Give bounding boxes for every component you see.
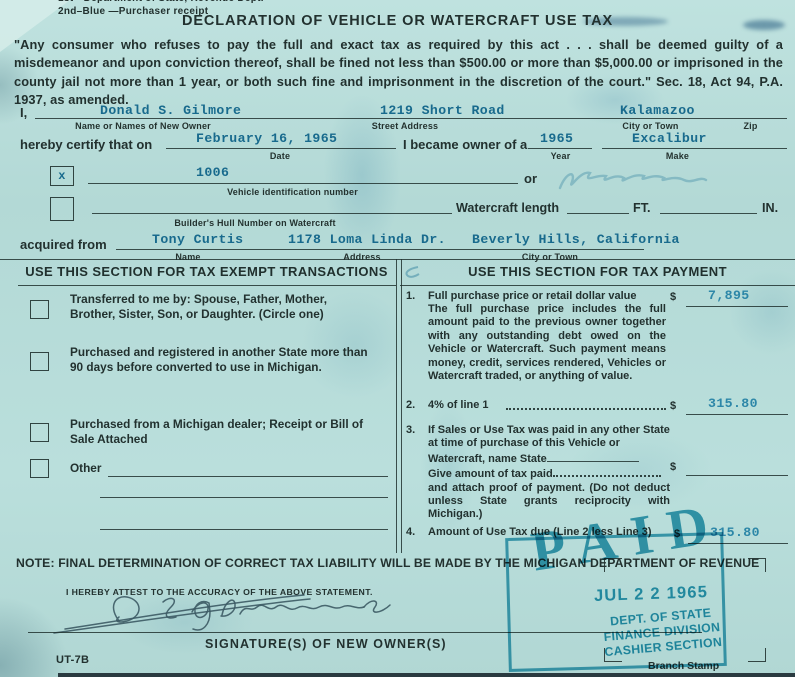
owner-name-label: Name or Names of New Owner [48, 121, 238, 131]
exempt-item-2: Purchased and registered in another Stat… [70, 345, 372, 375]
hull-label: Builder's Hull Number on Watercraft [150, 218, 360, 228]
hull-fill-line[interactable] [92, 196, 452, 214]
vin-fill-line[interactable] [88, 166, 518, 184]
other-extra-line-2[interactable] [100, 514, 388, 530]
payment-line4-num: 4. [406, 526, 415, 539]
payment-line1-currency: $ [670, 291, 676, 304]
owner-name-value[interactable]: Donald S. Gilmore [100, 103, 241, 118]
ft-label: FT. [633, 201, 651, 215]
handwritten-signature [50, 586, 460, 638]
seller-name-value[interactable]: Tony Curtis [152, 232, 243, 247]
date-label: Date [240, 151, 320, 161]
certify-prefix: hereby certify that on [20, 137, 152, 152]
payment-line1-amount[interactable]: 7,895 [708, 288, 750, 303]
exempt-checkbox-3[interactable] [30, 423, 49, 442]
scan-edge-strip [58, 673, 795, 677]
branch-stamp-corner-tr [748, 558, 766, 572]
form-number: UT-7B [56, 654, 89, 666]
exempt-item-3: Purchased from a Michigan dealer; Receip… [70, 417, 372, 447]
name-state-fill-line[interactable] [547, 451, 639, 462]
city-label: City or Town [598, 121, 703, 131]
seller-city-value[interactable]: Beverly Hills, California [472, 232, 680, 247]
length-ft-fill-line[interactable] [567, 196, 629, 214]
payment-section-header: USE THIS SECTION FOR TAX PAYMENT [402, 264, 793, 279]
vin-checkbox[interactable]: x [50, 166, 74, 186]
exempt-checkbox-other[interactable] [30, 459, 49, 478]
exempt-item-1: Transferred to me by: Spouse, Father, Mo… [70, 292, 372, 322]
seller-address-value[interactable]: 1178 Loma Linda Dr. [288, 232, 446, 247]
zip-label: Zip [728, 121, 773, 131]
exempt-header-rule [18, 285, 396, 286]
acquired-prefix: acquired from [20, 237, 107, 252]
make-value[interactable]: Excalibur [632, 131, 707, 146]
city-value[interactable]: Kalamazoo [620, 103, 695, 118]
exempt-checkbox-1[interactable] [30, 300, 49, 319]
payment-line2-amount[interactable]: 315.80 [708, 396, 758, 411]
in-label: IN. [762, 201, 778, 215]
payment-header-rule [400, 285, 795, 286]
payment-line3-amount-line[interactable] [686, 459, 788, 476]
payment-line3-text-b: Give amount of tax paid [428, 468, 553, 480]
payment-line2-num: 2. [406, 399, 415, 412]
handwritten-scrawl [550, 158, 715, 200]
branch-stamp-corner-br [748, 648, 766, 662]
payment-line3-currency: $ [670, 461, 676, 474]
form-title: DECLARATION OF VEHICLE OR WATERCRAFT USE… [0, 13, 795, 29]
payment-line2-leader [506, 399, 666, 410]
payment-line3-leader [553, 466, 661, 477]
vin-value[interactable]: 1006 [196, 165, 229, 180]
watercraft-length-label: Watercraft length [456, 201, 559, 215]
other-extra-line-1[interactable] [100, 482, 388, 498]
other-fill-line[interactable] [108, 461, 388, 477]
payment-line1-detail: The full purchase price includes the ful… [428, 303, 666, 383]
hull-checkbox[interactable] [50, 197, 74, 221]
street-address-value[interactable]: 1219 Short Road [380, 103, 505, 118]
owner-prefix: I, [20, 105, 27, 120]
payment-line3-num: 3. [406, 424, 415, 437]
pencil-check-mark [400, 263, 422, 281]
scanned-use-tax-form: 1st—Department of State, Revenue Dept. 2… [0, 0, 795, 677]
vin-checkbox-mark: x [58, 169, 66, 183]
payment-line1-text: Full purchase price or retail dollar val… [428, 290, 636, 303]
signature-label: SIGNATURE(S) OF NEW OWNER(S) [205, 637, 447, 651]
payment-line2-currency: $ [670, 400, 676, 413]
seller-name-label: Name [148, 252, 228, 262]
copy-line-1: 1st—Department of State, Revenue Dept. [58, 0, 264, 4]
payment-line1-num: 1. [406, 290, 415, 303]
date-value[interactable]: February 16, 1965 [196, 131, 337, 146]
certify-mid: I became owner of a [403, 137, 527, 152]
exempt-item-other: Other [70, 461, 101, 476]
exempt-checkbox-2[interactable] [30, 352, 49, 371]
seller-address-label: Address [322, 252, 402, 262]
column-divider [396, 259, 402, 553]
or-text: or [524, 171, 537, 186]
street-label: Street Address [350, 121, 460, 131]
seller-city-label: City or Town [505, 252, 595, 262]
legal-text: "Any consumer who refuses to pay the ful… [14, 36, 783, 110]
paid-stamp-date: JUL 2 2 1965 [594, 583, 709, 606]
year-value[interactable]: 1965 [540, 131, 573, 146]
payment-line2-text: 4% of line 1 [428, 399, 489, 412]
exempt-section-header: USE THIS SECTION FOR TAX EXEMPT TRANSACT… [18, 264, 395, 279]
length-in-fill-line[interactable] [660, 196, 757, 214]
